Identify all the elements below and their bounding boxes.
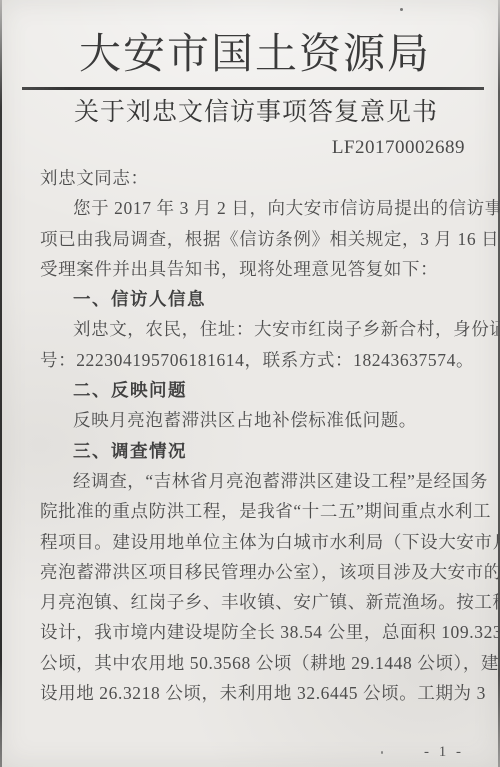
doc-line: 设计，我市境内建设堤防全长 38.54 公里，总面积 109.3231 bbox=[40, 617, 466, 647]
doc-line: 院批准的重点防洪工程，是我省“十二五”期间重点水利工 bbox=[40, 496, 466, 526]
scan-speck bbox=[400, 8, 403, 11]
doc-line: 您于 2017 年 3 月 2 日，向大安市信访局提出的信访事 bbox=[40, 193, 466, 223]
doc-line: 反映月亮泡蓄滞洪区占地补偿标准低问题。 bbox=[40, 405, 466, 435]
doc-line: 项已由我局调查，根据《信访条例》相关规定，3 月 16 日 bbox=[40, 224, 466, 254]
document-body: 刘忠文同志： 您于 2017 年 3 月 2 日，向大安市信访局提出的信访事 项… bbox=[40, 163, 466, 708]
doc-line: 号：222304195706181614，联系方式：18243637574。 bbox=[40, 345, 466, 375]
doc-line: 亮泡蓄滞洪区项目移民管理办公室），该项目涉及大安市的 bbox=[40, 557, 466, 587]
agency-title: 大安市国土资源局 bbox=[10, 31, 500, 79]
doc-line: 刘忠文，农民，住址：大安市红岗子乡新合村，身份证 bbox=[40, 314, 466, 344]
doc-line: 经调查，“吉林省月亮泡蓄滞洪区建设工程”是经国务 bbox=[40, 466, 466, 496]
reference-number: LF20170002689 bbox=[332, 137, 465, 159]
doc-section-heading: 二、反映问题 bbox=[40, 375, 466, 405]
doc-line: 设用地 26.3218 公顷，未利用地 32.6445 公顷。工期为 3 bbox=[40, 678, 466, 708]
doc-line-salutation: 刘忠文同志： bbox=[40, 163, 466, 193]
scan-edge-left bbox=[0, 0, 2, 767]
doc-line: 公顷，其中农用地 50.3568 公顷（耕地 29.1448 公顷），建 bbox=[40, 648, 466, 678]
page-number: - 1 - bbox=[424, 744, 464, 761]
scan-speck bbox=[381, 751, 383, 754]
document-page: 大安市国土资源局 关于刘忠文信访事项答复意见书 LF20170002689 刘忠… bbox=[0, 0, 500, 767]
doc-section-heading: 三、调查情况 bbox=[40, 436, 466, 466]
document-title: 关于刘忠文信访事项答复意见书 bbox=[12, 96, 500, 130]
header-rule bbox=[22, 87, 484, 90]
doc-line: 程项目。建设用地单位主体为白城市水利局（下设大安市月 bbox=[40, 527, 466, 557]
doc-section-heading: 一、信访人信息 bbox=[40, 284, 466, 314]
doc-line: 受理案件并出具告知书，现将处理意见答复如下： bbox=[40, 254, 466, 284]
doc-line: 月亮泡镇、红岗子乡、丰收镇、安广镇、新荒渔场。按工程 bbox=[40, 587, 466, 617]
